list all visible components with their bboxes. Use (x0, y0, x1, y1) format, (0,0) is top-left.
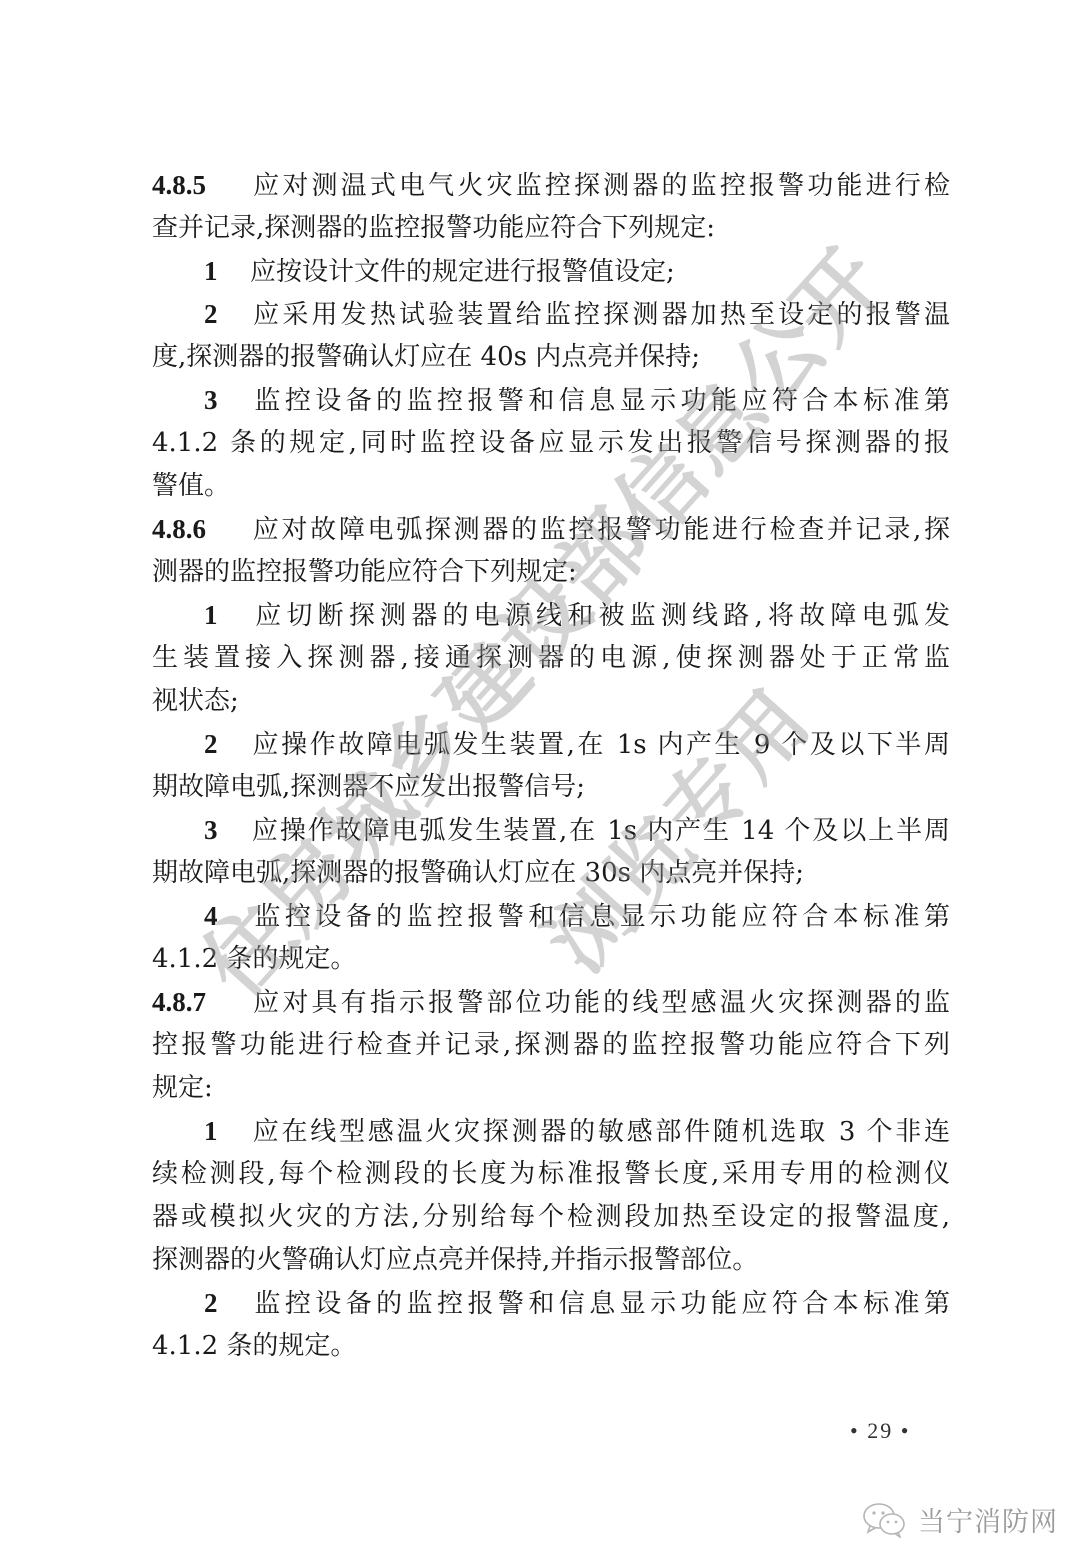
clause-line: 规定: (152, 1067, 950, 1110)
item-line: 度,探测器的报警确认灯应在 40s 内点亮并保持; (152, 336, 950, 379)
item-number: 2 (204, 293, 250, 336)
clause-line: 查并记录,探测器的监控报警功能应符合下列规定: (152, 207, 950, 250)
item-text: 应在线型感温火灾探测器的敏感部件随机选取 3 个非连 (250, 1117, 950, 1147)
item-text: 应操作故障电弧发生装置,在 1s 内产生 14 个及以上半周 (250, 816, 950, 846)
clause-line: 测器的监控报警功能应符合下列规定: (152, 551, 950, 594)
item-text: 应操作故障电弧发生装置,在 1s 内产生 9 个及以下半周 (250, 730, 950, 760)
item-text: 监控设备的监控报警和信息显示功能应符合本标准第 (250, 386, 950, 416)
item-line: 3监控设备的监控报警和信息显示功能应符合本标准第 (152, 379, 950, 422)
item-number: 3 (204, 379, 250, 422)
item-number: 1 (204, 250, 250, 293)
item-line: 期故障电弧,探测器不应发出报警信号; (152, 766, 950, 809)
item-text: 应采用发热试验装置给监控探测器加热至设定的报警温 (250, 300, 950, 330)
clause-line: 控报警功能进行检查并记录,探测器的监控报警功能应符合下列 (152, 1024, 950, 1067)
item-line: 探测器的火警确认灯应点亮并保持,并指示报警部位。 (152, 1239, 950, 1282)
clause-number: 4.8.5 (152, 164, 250, 207)
item-line: 4.1.2 条的规定,同时监控设备应显示发出报警信号探测器的报 (152, 422, 950, 465)
item-line: 2监控设备的监控报警和信息显示功能应符合本标准第 (152, 1282, 950, 1325)
item-line: 4.1.2 条的规定。 (152, 1325, 950, 1368)
item-number: 2 (204, 1282, 250, 1325)
item-line: 4监控设备的监控报警和信息显示功能应符合本标准第 (152, 895, 950, 938)
item-line: 4.1.2 条的规定。 (152, 938, 950, 981)
item-number: 3 (204, 809, 250, 852)
item-line: 生装置接入探测器,接通探测器的电源,使探测器处于正常监 (152, 637, 950, 680)
item-line: 视状态; (152, 680, 950, 723)
page-number: • 29 • (850, 1418, 910, 1444)
item-text: 监控设备的监控报警和信息显示功能应符合本标准第 (250, 1289, 950, 1319)
clause-number: 4.8.7 (152, 981, 250, 1024)
item-line: 警值。 (152, 465, 950, 508)
item-number: 4 (204, 895, 250, 938)
clause-line: 4.8.5应对测温式电气火灾监控探测器的监控报警功能进行检 (152, 164, 950, 207)
item-line: 1应按设计文件的规定进行报警值设定; (152, 250, 950, 293)
item-number: 2 (204, 723, 250, 766)
item-number: 1 (204, 1110, 250, 1153)
clause-line: 4.8.6应对故障电弧探测器的监控报警功能进行检查并记录,探 (152, 508, 950, 551)
item-line: 3应操作故障电弧发生装置,在 1s 内产生 14 个及以上半周 (152, 809, 950, 852)
item-line: 2应操作故障电弧发生装置,在 1s 内产生 9 个及以下半周 (152, 723, 950, 766)
clause-text: 应对具有指示报警部位功能的线型感温火灾探测器的监 (250, 988, 950, 1018)
item-line: 1应切断探测器的电源线和被监测线路,将故障电弧发 (152, 594, 950, 637)
document-page-body: 4.8.5应对测温式电气火灾监控探测器的监控报警功能进行检 查并记录,探测器的监… (152, 164, 950, 1368)
source-name: 当宁消防网 (918, 1500, 1058, 1539)
item-line: 期故障电弧,探测器的报警确认灯应在 30s 内点亮并保持; (152, 852, 950, 895)
clause-text: 应对测温式电气火灾监控探测器的监控报警功能进行检 (250, 171, 950, 201)
item-line: 1应在线型感温火灾探测器的敏感部件随机选取 3 个非连 (152, 1110, 950, 1153)
clause-line: 4.8.7应对具有指示报警部位功能的线型感温火灾探测器的监 (152, 981, 950, 1024)
item-line: 续检测段,每个检测段的长度为标准报警长度,采用专用的检测仪 (152, 1153, 950, 1196)
item-line: 2应采用发热试验装置给监控探测器加热至设定的报警温 (152, 293, 950, 336)
clause-number: 4.8.6 (152, 508, 250, 551)
item-number: 1 (204, 594, 250, 637)
item-text: 应切断探测器的电源线和被监测线路,将故障电弧发 (250, 601, 950, 631)
item-line: 器或模拟火灾的方法,分别给每个检测段加热至设定的报警温度, (152, 1196, 950, 1239)
source-badge: 当宁消防网 (862, 1500, 1058, 1539)
wechat-icon (862, 1502, 908, 1538)
clause-text: 应对故障电弧探测器的监控报警功能进行检查并记录,探 (250, 515, 950, 545)
item-text: 应按设计文件的规定进行报警值设定; (250, 257, 675, 287)
item-text: 监控设备的监控报警和信息显示功能应符合本标准第 (250, 902, 950, 932)
